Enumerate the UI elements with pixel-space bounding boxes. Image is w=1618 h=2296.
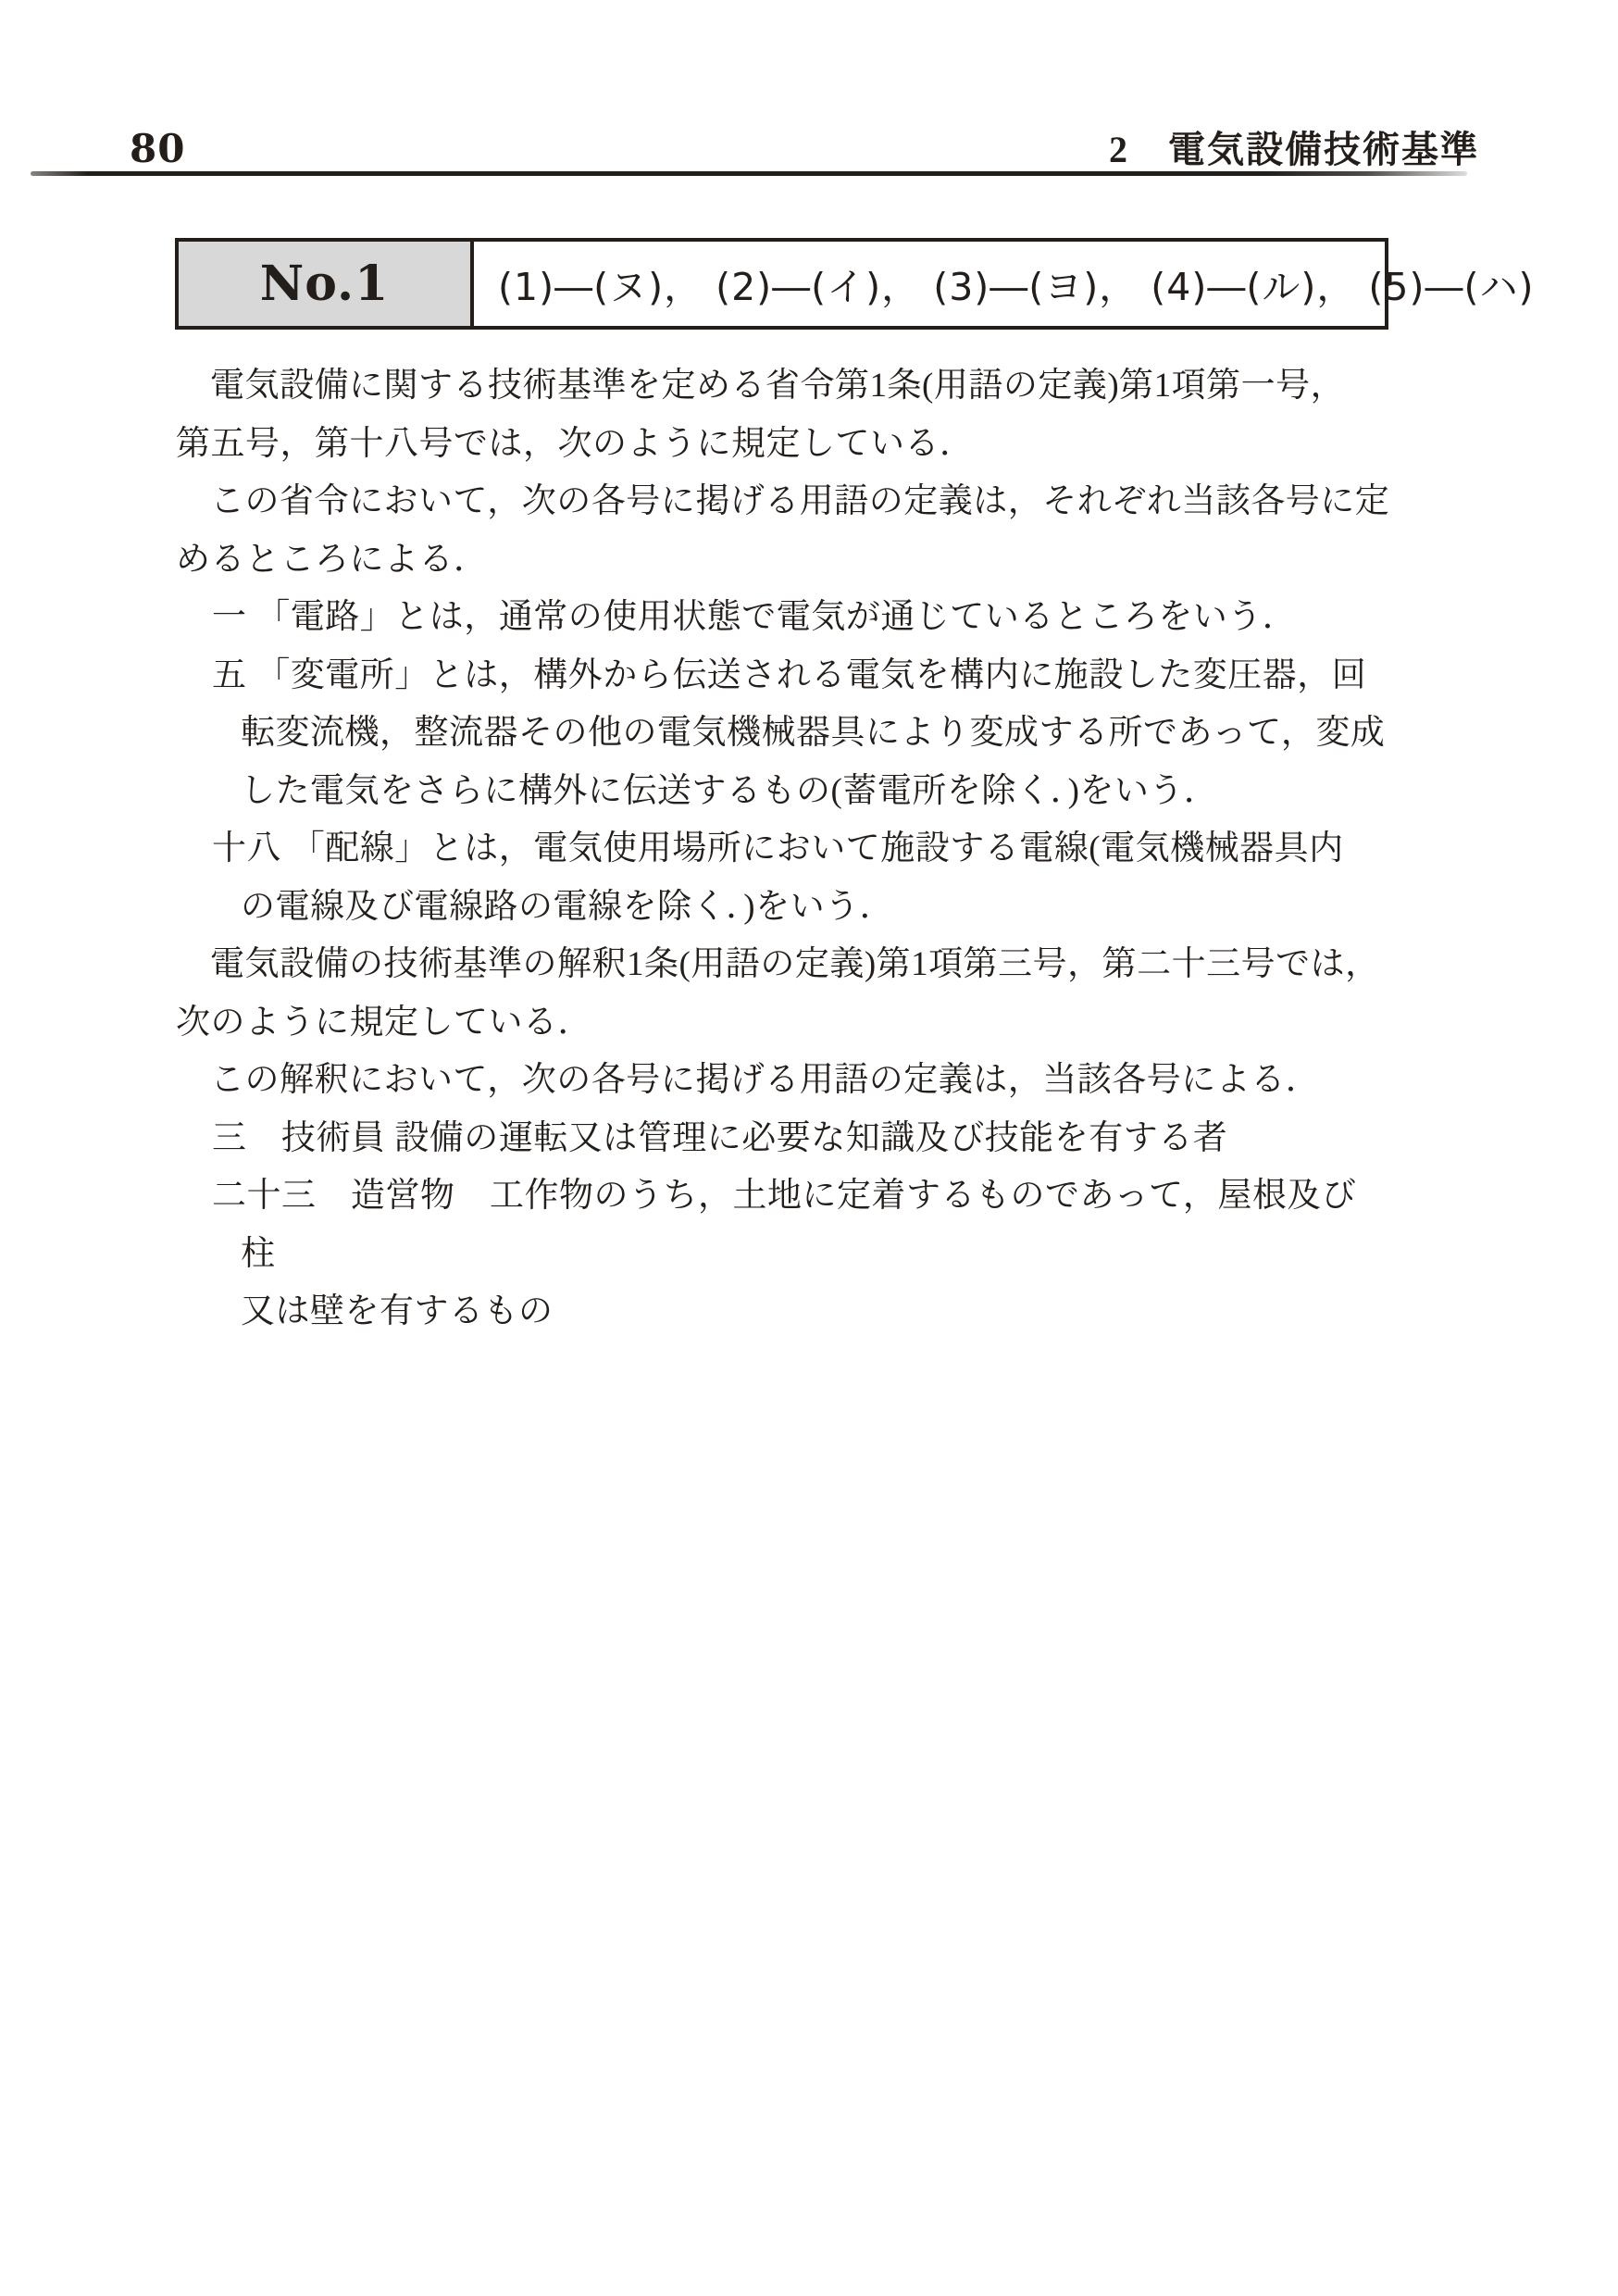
answer-text: (1)―(ヌ)， (2)―(イ)， (3)―(ヨ)， (4)―(ル)， (5)―… [498,256,1534,311]
body-text: 電気設備に関する技術基準を定める省令第1条(用語の定義)第1項第一号， 第五号，… [176,357,1390,1341]
body-block-item: 二十三 造営物 工作物のうち，土地に定着するものであって，屋根及び柱 又は壁を有… [176,1167,1390,1341]
answer-cell: (1)―(ヌ)， (2)―(イ)， (3)―(ヨ)， (4)―(ル)， (5)―… [474,242,1534,326]
body-block-para: 電気設備に関する技術基準を定める省令第1条(用語の定義)第1項第一号， 第五号，… [176,357,1390,473]
page: 80 2 電気設備技術基準 No.1 (1)―(ヌ)， (2)―(イ)， (3)… [0,0,1618,2296]
body-block-item: 三 技術員 設備の運転又は管理に必要な知識及び技能を有する者 [176,1110,1390,1168]
question-number: No.1 [260,256,390,312]
page-number: 80 [130,126,185,171]
body-block-item: 五 「変電所」とは，構外から伝送される電気を構内に施設した変圧器，回 転変流機，… [176,647,1390,821]
body-block-para: この省令において，次の各号に掲げる用語の定義は，それぞれ当該各号に定 めるところ… [176,473,1390,589]
page-header: 80 2 電気設備技術基準 [130,120,1479,173]
body-block-item: 十八 「配線」とは，電気使用場所において施設する電線(電気機械器具内 の電線及び… [176,820,1390,936]
body-block-para: 電気設備の技術基準の解釈1条(用語の定義)第1項第三号，第二十三号では， 次のよ… [176,936,1390,1052]
chapter-title: 2 電気設備技術基準 [1109,120,1479,173]
body-block-para: この解釈において，次の各号に掲げる用語の定義は，当該各号による． [176,1052,1390,1110]
header-rule [31,171,1467,176]
answer-box: No.1 (1)―(ヌ)， (2)―(イ)， (3)―(ヨ)， (4)―(ル)，… [175,238,1388,330]
body-block-item: 一 「電路」とは，通常の使用状態で電気が通じているところをいう． [176,589,1390,647]
question-number-cell: No.1 [179,242,474,326]
